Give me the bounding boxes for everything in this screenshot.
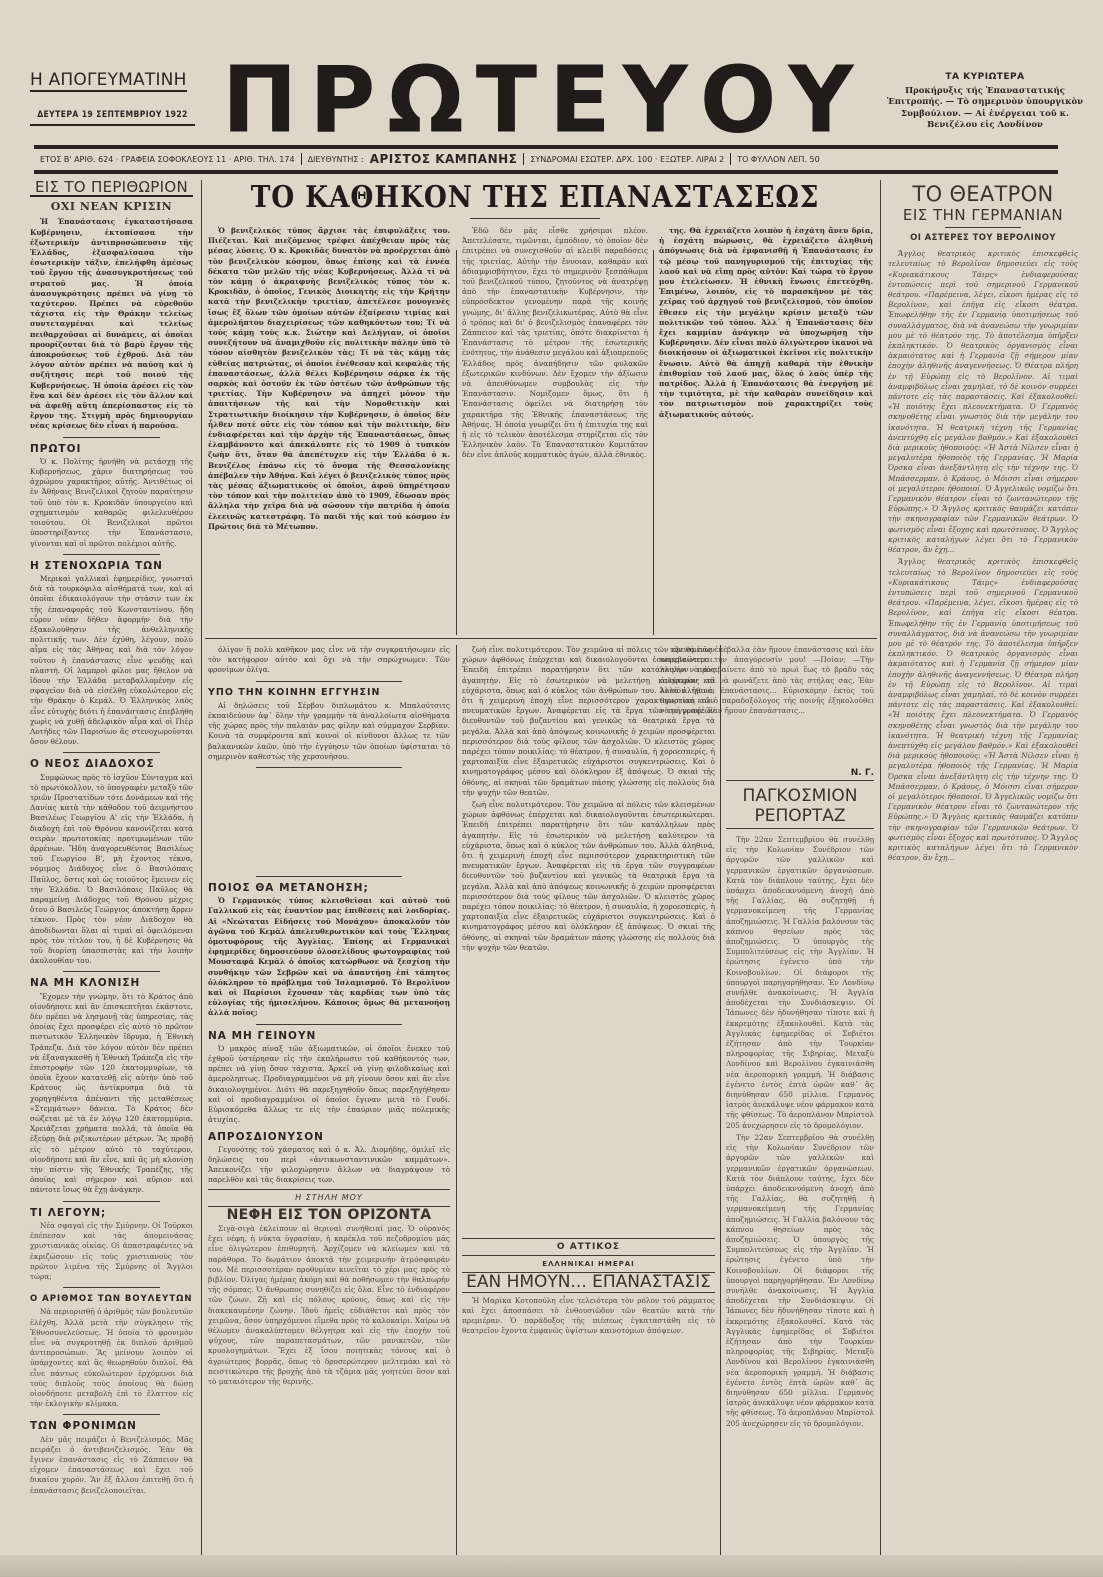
column-divider xyxy=(456,645,457,1555)
subscriptions: ΣΥΝΔΡΟΜΑΙ ΕΣΩΤΕΡ. ΔΡΧ. 100 · ΕΞΩΤΕΡ. ΛΙΡ… xyxy=(524,155,730,164)
middle-lower-column: ὀλίγον ἢ πολὺ καθῆκον μας εἶνε νὰ τὴν συ… xyxy=(208,645,450,1555)
divider xyxy=(63,971,161,972)
divider xyxy=(63,1414,161,1415)
main-article-col3: της. Θὰ ἐχρειάζετο λοιπὸν ἡ ἐσχάτη ἄνευ … xyxy=(659,226,873,636)
feature-kicker: Ο ΑΤΤΙΚΟΣ xyxy=(462,1242,715,1252)
section-title: ΑΠΡΟΣΔΙΟΝΥΣΟΝ xyxy=(208,1132,450,1142)
section-title: ΤΩΝ ΦΡΟΝΙΜΩΝ xyxy=(30,1421,193,1431)
essay-kicker: Η ΣΤΗΛΗ ΜΟΥ xyxy=(208,1193,450,1203)
section-text: Ἡ Ἐπανάστασις ἐγκαταστήσασα Κυβέρνησιν, … xyxy=(30,217,193,431)
world-report-text: Τὴν 22αν Σεπτεμβρίου θὰ συνέλθῃ εἰς τὴν … xyxy=(726,1133,874,1429)
masthead-left: Η ΑΠΟΓΕΥΜΑΤΙΝΗ ΔΕΥΤΕΡΑ 19 ΣΕΠΤΕΜΒΡΙΟΥ 19… xyxy=(30,70,195,126)
page-bottom-edge xyxy=(0,1555,1103,1577)
section-title: ΥΠΟ ΤΗΝ ΚΟΙΝΗΝ ΕΓΓΥΗΣΙΝ xyxy=(208,688,450,698)
main-headline: ΤΟ ΚΑΘΗΚΟΝ ΤΗΣ ΕΠΑΝΑΣΤΑΣΕΩΣ xyxy=(249,180,821,215)
divider xyxy=(63,1287,161,1288)
divider xyxy=(256,681,401,682)
section-title: ΝΑ ΜΗ ΓΕΙΝΟΥΝ xyxy=(208,1031,450,1041)
divider xyxy=(462,1238,715,1239)
signature: Ν. Γ. xyxy=(660,768,884,778)
info-bar: ΕΤΟΣ Β' ΑΡΙΘ. 624 · ΓΡΑΦΕΙΑ ΣΟΦΟΚΛΕΟΥΣ 1… xyxy=(34,151,1058,167)
divider xyxy=(256,1024,401,1025)
section-text: Ἔχομεν τὴν γνώμην, ὅτι τὸ Κράτος ἀπὸ οἱο… xyxy=(30,992,193,1196)
column-divider xyxy=(201,180,202,1555)
section-title: ΠΡΩΤΟΙ xyxy=(30,444,193,454)
section-text: Ὁ μακρὸς πίναξ τῶν ἀξιωματικῶν, οἱ ὁποῖο… xyxy=(208,1044,450,1126)
section-text: Γεγονότης τοῦ χάσματος καὶ ὁ κ. Ἀλ. Διομ… xyxy=(208,1145,450,1186)
highlights-text: Προκήρυξις τής Ἐπαναστατικής Ἐπιτροπής. … xyxy=(885,86,1085,132)
divider xyxy=(726,780,874,781)
feature-text: ζωὴ εἶνε πολυτιμότερον. Τὸν χειμῶνα αἱ π… xyxy=(462,800,715,953)
divider xyxy=(63,554,161,555)
section-text: Δὲν μᾶς πειράζει ὁ Βενιζελισμός. Μᾶς πει… xyxy=(30,1435,193,1496)
issue-info: ΕΤΟΣ Β' ΑΡΙΘ. 624 · ΓΡΑΦΕΙΑ ΣΟΦΟΚΛΕΟΥΣ 1… xyxy=(34,155,301,164)
issue-date: ΔΕΥΤΕΡΑ 19 ΣΕΠΤΕΜΒΡΙΟΥ 1922 xyxy=(30,110,195,126)
theatre-text: Ἄγγλος θεατρικὸς κριτικὸς ἐπισκεφθεὶς τε… xyxy=(888,557,1078,863)
essay-title: ΝΕΦΗ ΕΙΣ ΤΟΝ ΟΡΙΖΟΝΤΑ xyxy=(208,1210,450,1220)
left-column-heading: ΕΙΣ ΤΟ ΠΕΡΙΘΩΡΙΟΝ xyxy=(30,182,193,197)
divider xyxy=(462,1255,715,1256)
newspaper-page: Η ΑΠΟΓΕΥΜΑΤΙΝΗ ΔΕΥΤΕΡΑ 19 ΣΕΠΤΕΜΒΡΙΟΥ 19… xyxy=(0,0,1103,1560)
section-text: Ὁ Γερμανικὸς τύπος κλεισθεῖσαι καὶ αὐτοῦ… xyxy=(208,896,450,1018)
section-text: Συμφώνως πρὸς τὸ ἰσχῦον Σύνταγμα καὶ τὸ … xyxy=(30,773,193,967)
divider xyxy=(63,1201,161,1202)
section-title: Η ΣΤΕΝΟΧΩΡΙΑ ΤΩΝ xyxy=(30,561,193,571)
masthead-rule-bottom xyxy=(34,170,1058,174)
edition-kicker: Η ΑΠΟΓΕΥΜΑΤΙΝΗ xyxy=(30,70,187,92)
essay-text: Σιγὰ-σιγὰ ἐκλείπουν αἱ θεριναὶ συνήθειαί… xyxy=(208,1224,450,1387)
section-title: ΠΟΙΟΣ ΘΑ ΜΕΤΑΝΟΗΣΗ; xyxy=(208,883,450,893)
divider xyxy=(63,437,161,438)
feature-series: ΕΛΛΗΝΙΚΑΙ ΗΜΕΡΑΙ xyxy=(462,1259,715,1269)
theatre-kicker: ΟΙ ΑΣΤΕΡΕΣ ΤΟΥ ΒΕΡΟΛΙΝΟΥ xyxy=(888,233,1078,243)
main-article-col2: Ἐδῶ δὲν μᾶς εἶσθε χρήσιμοι πλέον. Ἀπετελ… xyxy=(462,226,648,636)
column-divider xyxy=(880,180,881,1555)
article-text: Ἐδῶ δὲν μᾶς εἶσθε χρήσιμοι πλέον. Ἀπετελ… xyxy=(462,226,648,461)
center-lower-column: ζωὴ εἶνε πολυτιμότερον. Τὸν χειμῶνα αἱ π… xyxy=(462,645,715,1555)
main-article-col1: Ὁ βενιζελικὸς τύπος ἄρχισε τὰς ἐπιφυλάξε… xyxy=(208,226,450,636)
director-label: ΔΙΕΥΘΥΝΤΗΣ : xyxy=(302,155,370,164)
left-column: ΕΙΣ ΤΟ ΠΕΡΙΘΩΡΙΟΝ ΟΧΙ ΝΕΑΝ ΚΡΙΣΙΝ Ἡ Ἐπαν… xyxy=(30,182,193,1498)
divider xyxy=(208,1189,450,1190)
blank-space xyxy=(208,771,450,871)
article-text: της. Θὰ ἐχρειάζετο λοιπὸν ἡ ἐσχάτη ἄνευ … xyxy=(659,226,873,420)
divider xyxy=(945,227,1021,228)
section-text: Νέα σφαγαὶ εἰς τὴν Σμύρνην. Οἱ Τοῦρκοι ἐ… xyxy=(30,1221,193,1282)
section-text: Ὁ κ. Πολίτης ἠρνήθη νὰ μετάσχῃ τῆς Κυβερ… xyxy=(30,457,193,549)
section-text: ὀλίγον ἢ πολὺ καθῆκον μας εἶνε νὰ τὴν συ… xyxy=(208,645,450,676)
world-report-text: Τὴν 22αν Σεπτεμβρίου θὰ συνέλθῃ εἰς τὴν … xyxy=(726,835,874,1131)
price: ΤΟ ΦΥΛΛΟΝ ΛΕΠ. 50 xyxy=(731,155,826,164)
column-divider xyxy=(720,645,721,1555)
section-title: ΤΙ ΛΕΓΟΥΝ; xyxy=(30,1208,193,1218)
highlights-heading: ΤΑ ΚΥΡΙΩΤΕΡΑ xyxy=(885,72,1085,84)
highlights-box: ΤΑ ΚΥΡΙΩΤΕΡΑ Προκήρυξις τής Ἐπαναστατική… xyxy=(885,72,1085,132)
right-column: ΤΟ ΘΕΑΤΡΟΝ ΕΙΣ ΤΗΝ ΓΕΡΜΑΝΙΑΝ ΟΙ ΑΣΤΕΡΕΣ … xyxy=(888,182,1078,1557)
dialogue-text: τὴν θὰ σᾶς ἐπέβαλλα ἐὰν ἤμουν ἐπανάστασι… xyxy=(660,645,874,716)
section-text: Αἱ δηλώσεις τοῦ Σέρβου διπλωμάτου κ. Μπα… xyxy=(208,701,450,762)
section-text: Μερικαὶ γαλλικαὶ ἐφημερίδες, γνωσταὶ διὰ… xyxy=(30,574,193,747)
section-title: ΝΑ ΜΗ ΚΛΟΝΙΣΗ xyxy=(30,978,193,988)
director-name: ΑΡΙΣΤΟΣ ΚΑΜΠΑΝΗΣ xyxy=(370,152,524,166)
section-title: Ο ΑΡΙΘΜΟΣ ΤΩΝ ΒΟΥΛΕΥΤΩΝ xyxy=(30,1294,193,1304)
theatre-text: Ἄγγλος θεατρικὸς κριτικὸς ἐπισκεφθεὶς τε… xyxy=(888,249,1078,555)
feature-title: ΕΑΝ ΗΜΟΥΝ... ΕΠΑΝΑΣΤΑΣΙΣ xyxy=(462,1277,715,1287)
divider xyxy=(256,876,401,877)
feature-body: Ἡ Μαρίκα Κοτοπούλη εἶνε τελειότερα τὸν ρ… xyxy=(462,1296,715,1337)
world-report-title: ΠΑΓΚΟΣΜΙΟΝ ΡΕΠΟΡΤΑΖ xyxy=(726,786,874,829)
divider xyxy=(256,767,401,768)
world-report-column: ΠΑΓΚΟΣΜΙΟΝ ΡΕΠΟΡΤΑΖ Τὴν 22αν Σεπτεμβρίου… xyxy=(726,786,874,1556)
article-text: Ὁ βενιζελικὸς τύπος ἄρχισε τὰς ἐπιφυλάξε… xyxy=(208,226,450,532)
article-bottom-rule xyxy=(205,638,877,639)
theatre-subheading: ΕΙΣ ΤΗΝ ΓΕΡΜΑΝΙΑΝ xyxy=(888,206,1078,224)
dialogue-column-top: τὴν θὰ σᾶς ἐπέβαλλα ἐὰν ἤμουν ἐπανάστασι… xyxy=(660,645,874,760)
newspaper-title: ΠΡΩΤΕΥΟΥΣΑ xyxy=(222,61,862,141)
theatre-heading: ΤΟ ΘΕΑΤΡΟΝ xyxy=(888,182,1078,206)
headline-rule xyxy=(470,218,600,219)
section-text: Νὰ περιορισθῇ ὁ ἀριθμὸς τῶν βουλευτῶν ἐλ… xyxy=(30,1307,193,1409)
left-column-subheading: ΟΧΙ ΝΕΑΝ ΚΡΙΣΙΝ xyxy=(30,202,193,212)
section-title: Ο ΝΕΟΣ ΔΙΑΔΟΧΟΣ xyxy=(30,759,193,769)
divider xyxy=(63,752,161,753)
masthead-rule-top xyxy=(34,145,1058,149)
column-divider xyxy=(456,250,457,635)
column-divider xyxy=(653,250,654,635)
